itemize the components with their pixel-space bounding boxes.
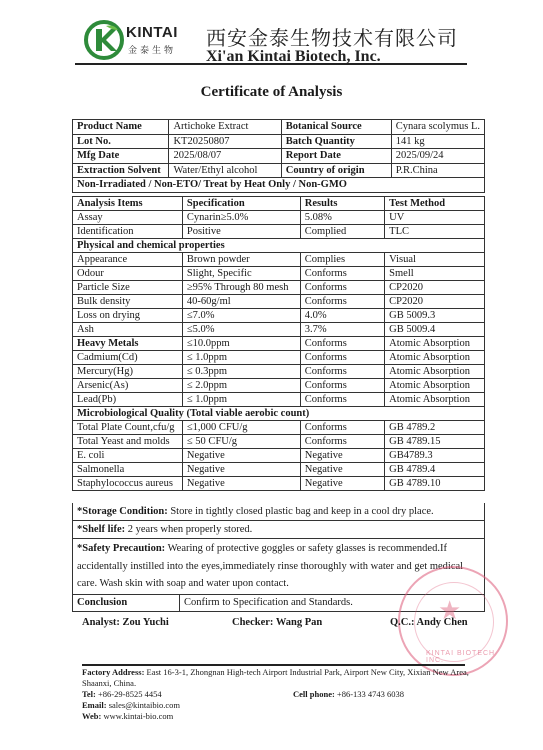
cell-result: Conforms [300, 337, 384, 351]
column-header: Analysis Items [73, 197, 183, 211]
cell-result: Conforms [300, 435, 384, 449]
cell-item: Particle Size [73, 281, 183, 295]
table-row: Arsenic(As)≤ 2.0ppmConformsAtomic Absorp… [73, 379, 485, 393]
cell-item: Total Plate Count,cfu/g [73, 421, 183, 435]
cell-result: Conforms [300, 267, 384, 281]
table-row: Heavy Metals≤10.0ppmConformsAtomic Absor… [73, 337, 485, 351]
tel-text: +86-29-8525 4454 [96, 689, 162, 699]
info-value: P.R.China [391, 163, 484, 178]
cell-method: Atomic Absorption [385, 393, 485, 407]
info-label: Country of origin [281, 163, 391, 178]
table-row: Lead(Pb)≤ 1.0ppmConformsAtomic Absorptio… [73, 393, 485, 407]
section-heading: Microbiological Quality (Total viable ae… [73, 407, 485, 421]
info-label: Lot No. [73, 134, 169, 149]
cell-spec: ≥95% Through 80 mesh [182, 281, 300, 295]
shelf-label: *Shelf life: [77, 524, 125, 535]
table-row: Mercury(Hg)≤ 0.3ppmConformsAtomic Absorp… [73, 365, 485, 379]
cell-spec: Negative [182, 477, 300, 491]
cell-item: Assay [73, 211, 183, 225]
cell-result: Conforms [300, 393, 384, 407]
info-value: Artichoke Extract [169, 120, 281, 135]
cell-spec: ≤10.0ppm [182, 337, 300, 351]
logo-brand: KINTAI [126, 24, 178, 41]
cell-method: Visual [385, 253, 485, 267]
analysis-table: Analysis ItemsSpecificationResultsTest M… [72, 196, 485, 491]
qc-signature: Q.C.: Andy Chen [390, 617, 468, 628]
table-row: Total Plate Count,cfu/g≤1,000 CFU/gConfo… [73, 421, 485, 435]
letterhead: KINTAI 金泰生物 西安金泰生物技术有限公司 Xi'an Kintai Bi… [84, 18, 476, 63]
cell-method: CP2020 [385, 295, 485, 309]
email-link[interactable]: sales@kintaibio.com [107, 700, 180, 710]
cell-item: Salmonella [73, 463, 183, 477]
cell-method: Atomic Absorption [385, 379, 485, 393]
cell-spec: ≤7.0% [182, 309, 300, 323]
info-value: KT20250807 [169, 134, 281, 149]
cell-method: GB 5009.3 [385, 309, 485, 323]
table-row: IdentificationPositiveCompliedTLC [73, 225, 485, 239]
address-label: Factory Address: [82, 667, 144, 677]
cell-result: Conforms [300, 421, 384, 435]
product-claims: Non-Irradiated / Non-ETO/ Treat by Heat … [73, 178, 485, 193]
table-row: Loss on drying≤7.0%4.0%GB 5009.3 [73, 309, 485, 323]
cell-spec: Negative [182, 449, 300, 463]
cell-spec: ≤1,000 CFU/g [182, 421, 300, 435]
header-divider [75, 63, 467, 65]
cell-item: Heavy Metals [73, 337, 183, 351]
cell-method: GB4789.3 [385, 449, 485, 463]
cell-result: Conforms [300, 379, 384, 393]
cell-method: Atomic Absorption [385, 365, 485, 379]
cell-item: Lead(Pb) [73, 393, 183, 407]
cell-result: Complies [300, 253, 384, 267]
table-row: Staphylococcus aureusNegativeNegativeGB … [73, 477, 485, 491]
cell-item: Total Yeast and molds [73, 435, 183, 449]
info-value: Cynara scolymus L. [391, 120, 484, 135]
cell-result: 3.7% [300, 323, 384, 337]
conclusion-text: Confirm to Specification and Standards. [180, 595, 353, 611]
cell-item: Mercury(Hg) [73, 365, 183, 379]
telephone: Tel: +86-29-8525 4454 [82, 689, 482, 700]
cell-item: Identification [73, 225, 183, 239]
table-row: Ash≤5.0%3.7%GB 5009.4 [73, 323, 485, 337]
table-row: OdourSlight, SpecificConformsSmell [73, 267, 485, 281]
cell-spec: Cynarin≥5.0% [182, 211, 300, 225]
info-value: 2025/09/24 [391, 149, 484, 164]
cell-spec: ≤ 50 CFU/g [182, 435, 300, 449]
cell-result: 5.08% [300, 211, 384, 225]
cell-result: 4.0% [300, 309, 384, 323]
cell-phone: Cell phone: +86-133 4743 6038 [293, 689, 404, 700]
email: Email: sales@kintaibio.com [82, 700, 482, 711]
analysis-header-row: Analysis ItemsSpecificationResultsTest M… [73, 197, 485, 211]
safety-label: *Safety Precaution: [77, 543, 165, 554]
table-row: SalmonellaNegativeNegativeGB 4789.4 [73, 463, 485, 477]
company-name-chinese: 西安金泰生物技术有限公司 [206, 22, 458, 51]
cell-result: Negative [300, 477, 384, 491]
info-label: Product Name [73, 120, 169, 135]
cell-spec: Negative [182, 463, 300, 477]
cell-spec: 40-60g/ml [182, 295, 300, 309]
cell-spec: Brown powder [182, 253, 300, 267]
company-logo: KINTAI 金泰生物 [84, 20, 194, 62]
stamp-text: KINTAI BIOTECH INC. [426, 650, 506, 664]
info-label: Report Date [281, 149, 391, 164]
cell-item: Odour [73, 267, 183, 281]
cell-item: Arsenic(As) [73, 379, 183, 393]
cell-text: +86-133 4743 6038 [335, 689, 404, 699]
cell-result: Conforms [300, 365, 384, 379]
info-row: Lot No.KT20250807Batch Quantity141 kg [73, 134, 485, 149]
table-row: Total Yeast and molds≤ 50 CFU/gConformsG… [73, 435, 485, 449]
cell-method: GB 4789.2 [385, 421, 485, 435]
cell-method: Atomic Absorption [385, 337, 485, 351]
info-value: 141 kg [391, 134, 484, 149]
cell-result: Conforms [300, 281, 384, 295]
info-value: Water/Ethyl alcohol [169, 163, 281, 178]
cell-spec: ≤ 1.0ppm [182, 393, 300, 407]
product-info-table: Product NameArtichoke ExtractBotanical S… [72, 119, 485, 193]
cell-item: E. coli [73, 449, 183, 463]
table-row: AppearanceBrown powderCompliesVisual [73, 253, 485, 267]
section-row: Physical and chemical properties [73, 239, 485, 253]
info-label: Batch Quantity [281, 134, 391, 149]
cell-item: Staphylococcus aureus [73, 477, 183, 491]
cell-method: Atomic Absorption [385, 351, 485, 365]
website-link[interactable]: www.kintai-bio.com [101, 711, 173, 721]
kintai-logo-icon [84, 20, 124, 60]
table-row: Particle Size≥95% Through 80 meshConform… [73, 281, 485, 295]
checker-signature: Checker: Wang Pan [232, 617, 322, 628]
cell-method: TLC [385, 225, 485, 239]
cell-result: Negative [300, 463, 384, 477]
cell-label: Cell phone: [293, 689, 335, 699]
cell-method: CP2020 [385, 281, 485, 295]
cell-result: Complied [300, 225, 384, 239]
website: Web: www.kintai-bio.com [82, 711, 482, 722]
cell-spec: ≤ 0.3ppm [182, 365, 300, 379]
cell-spec: ≤5.0% [182, 323, 300, 337]
cell-item: Ash [73, 323, 183, 337]
cell-item: Bulk density [73, 295, 183, 309]
cell-spec: Positive [182, 225, 300, 239]
cell-method: GB 4789.15 [385, 435, 485, 449]
document-title: Certificate of Analysis [0, 84, 543, 101]
table-row: Bulk density40-60g/mlConformsCP2020 [73, 295, 485, 309]
cell-item: Cadmium(Cd) [73, 351, 183, 365]
footer-divider [82, 664, 465, 666]
section-heading: Physical and chemical properties [73, 239, 485, 253]
logo-chinese: 金泰生物 [128, 43, 176, 56]
cell-spec: Slight, Specific [182, 267, 300, 281]
analyst-signature: Analyst: Zou Yuchi [82, 617, 169, 628]
email-label: Email: [82, 700, 107, 710]
column-header: Specification [182, 197, 300, 211]
storage-condition: *Storage Condition: Store in tightly clo… [73, 503, 484, 521]
info-row: Extraction SolventWater/Ethyl alcoholCou… [73, 163, 485, 178]
cell-item: Appearance [73, 253, 183, 267]
cell-spec: ≤ 1.0ppm [182, 351, 300, 365]
cell-item: Loss on drying [73, 309, 183, 323]
info-value: 2025/08/07 [169, 149, 281, 164]
shelf-life: *Shelf life: 2 years when properly store… [73, 521, 484, 539]
web-label: Web: [82, 711, 101, 721]
table-row: E. coliNegativeNegativeGB4789.3 [73, 449, 485, 463]
footer-contact: Factory Address: East 16-3-1, Zhongnan H… [82, 667, 482, 722]
shelf-text: 2 years when properly stored. [125, 524, 252, 535]
cell-method: GB 5009.4 [385, 323, 485, 337]
claims-row: Non-Irradiated / Non-ETO/ Treat by Heat … [73, 178, 485, 193]
cell-result: Negative [300, 449, 384, 463]
info-row: Mfg Date2025/08/07Report Date2025/09/24 [73, 149, 485, 164]
column-header: Test Method [385, 197, 485, 211]
info-label: Botanical Source [281, 120, 391, 135]
info-row: Product NameArtichoke ExtractBotanical S… [73, 120, 485, 135]
cell-method: Smell [385, 267, 485, 281]
cell-method: UV [385, 211, 485, 225]
cell-method: GB 4789.10 [385, 477, 485, 491]
tel-label: Tel: [82, 689, 96, 699]
cell-method: GB 4789.4 [385, 463, 485, 477]
table-row: AssayCynarin≥5.0%5.08%UV [73, 211, 485, 225]
storage-text: Store in tightly closed plastic bag and … [168, 506, 434, 517]
section-row: Microbiological Quality (Total viable ae… [73, 407, 485, 421]
cell-result: Conforms [300, 295, 384, 309]
conclusion-label: Conclusion [73, 595, 180, 611]
info-label: Extraction Solvent [73, 163, 169, 178]
cell-spec: ≤ 2.0ppm [182, 379, 300, 393]
cell-result: Conforms [300, 351, 384, 365]
info-label: Mfg Date [73, 149, 169, 164]
table-row: Cadmium(Cd)≤ 1.0ppmConformsAtomic Absorp… [73, 351, 485, 365]
column-header: Results [300, 197, 384, 211]
storage-label: *Storage Condition: [77, 506, 168, 517]
factory-address: Factory Address: East 16-3-1, Zhongnan H… [82, 667, 482, 689]
